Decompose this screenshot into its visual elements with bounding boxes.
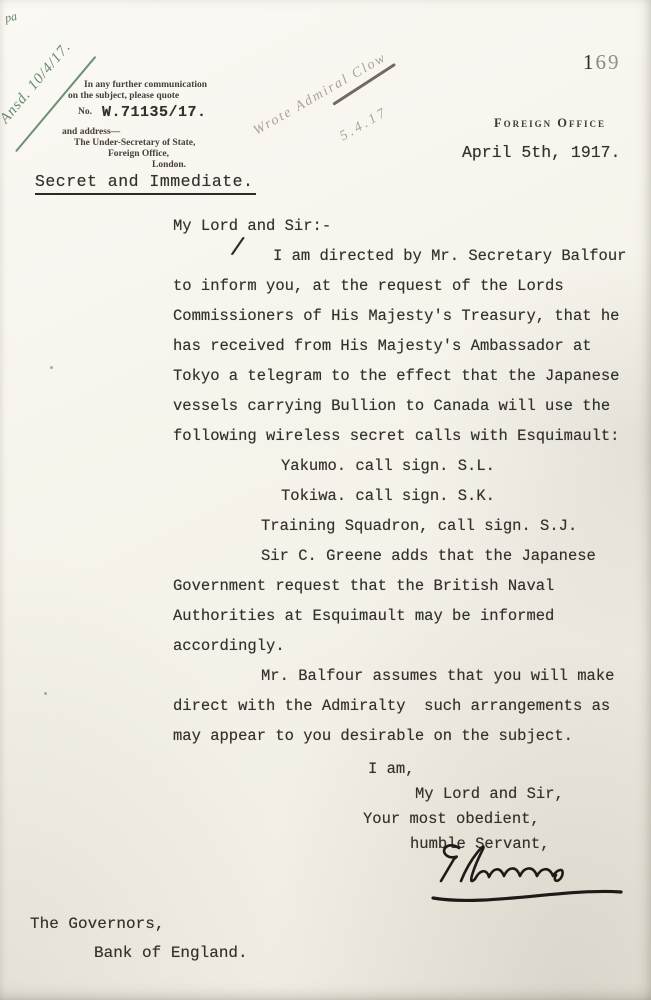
body-line: Authorities at Esquimault may be informe… bbox=[173, 601, 638, 631]
body-line: Tokyo a telegram to the effect that the … bbox=[173, 361, 638, 391]
call-sign-line: Training Squadron, call sign. S.J. bbox=[173, 511, 638, 541]
office-heading: Foreign Office bbox=[494, 116, 606, 131]
body-line: to inform you, at the request of the Lor… bbox=[173, 271, 638, 301]
letterhead-line1: In any further communication bbox=[62, 80, 262, 91]
reference-number: W.71135/17. bbox=[102, 104, 207, 121]
classification-label: Secret and Immediate. bbox=[35, 172, 256, 195]
body-line: vessels carrying Bullion to Canada will … bbox=[173, 391, 638, 421]
reference-number-label: No. bbox=[62, 107, 92, 118]
letterhead: In any further communication on the subj… bbox=[62, 80, 262, 171]
date-line: April 5th, 1917. bbox=[462, 143, 620, 162]
folio-digit: 6 bbox=[596, 50, 609, 74]
closing-line: I am, bbox=[173, 757, 638, 782]
registry-tick-mark: / bbox=[228, 233, 246, 264]
pencil-annotation-line2: 5.4.17 bbox=[337, 92, 414, 145]
folio-number: 169 bbox=[583, 50, 621, 75]
letterhead-address-line3: London. bbox=[62, 160, 262, 171]
letter-scan-page: pa Ansd. 10/4/17. Wrote Admiral Clow 5.4… bbox=[0, 0, 651, 1000]
body-line: may appear to you desirable on the subje… bbox=[173, 721, 638, 751]
folio-digit: 9 bbox=[608, 50, 621, 74]
call-sign-line: Tokiwa. call sign. S.K. bbox=[173, 481, 638, 511]
signature bbox=[415, 836, 630, 908]
recipient-line2: Bank of England. bbox=[30, 939, 248, 968]
closing-line: My Lord and Sir, bbox=[173, 782, 638, 807]
letterhead-address-line2: Foreign Office, bbox=[62, 149, 262, 160]
body-line: accordingly. bbox=[173, 631, 638, 661]
ink-speck bbox=[44, 692, 47, 695]
body-line: Mr. Balfour assumes that you will make bbox=[173, 661, 638, 691]
closing-line: Your most obedient, bbox=[173, 807, 638, 832]
letterhead-address-line1: The Under-Secretary of State, bbox=[62, 138, 262, 149]
recipient-line1: The Governors, bbox=[30, 910, 248, 939]
corner-ink-mark: pa bbox=[4, 9, 19, 26]
letter-body: / My Lord and Sir:- I am directed by Mr.… bbox=[173, 211, 638, 857]
letterhead-address-intro: and address— bbox=[62, 127, 262, 138]
body-line: Government request that the British Nava… bbox=[173, 571, 638, 601]
body-line: has received from His Majesty's Ambassad… bbox=[173, 331, 638, 361]
letterhead-line2: on the subject, please quote bbox=[62, 91, 262, 102]
ink-speck bbox=[50, 366, 53, 369]
pencil-annotation: Wrote Admiral Clow 5.4.17 bbox=[235, 22, 430, 208]
body-line: Commissioners of His Majesty's Treasury,… bbox=[173, 301, 638, 331]
folio-digit: 1 bbox=[583, 50, 596, 74]
body-line: direct with the Admiralty such arrangeme… bbox=[173, 691, 638, 721]
body-line: Sir C. Greene adds that the Japanese bbox=[173, 541, 638, 571]
call-sign-line: Yakumo. call sign. S.L. bbox=[173, 451, 638, 481]
recipient-address: The Governors, Bank of England. bbox=[30, 910, 248, 968]
body-line: following wireless secret calls with Esq… bbox=[173, 421, 638, 451]
